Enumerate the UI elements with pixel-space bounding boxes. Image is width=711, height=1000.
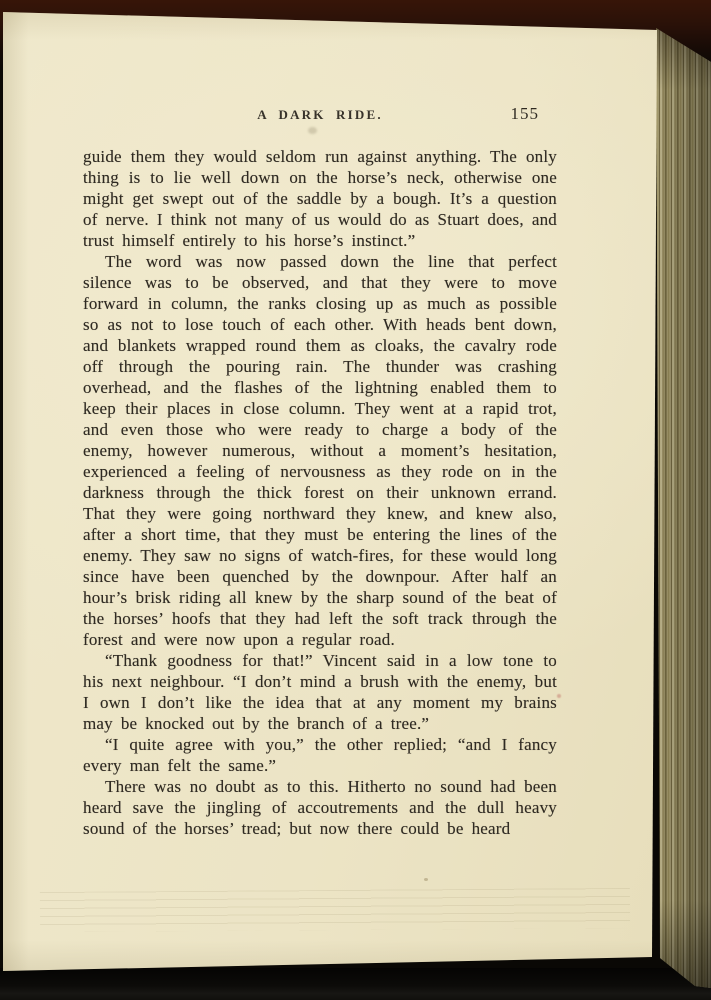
body-text: guide them they would seldom run against…: [83, 146, 557, 839]
running-header: A DARK RIDE.: [83, 107, 557, 123]
page-number: 155: [511, 104, 540, 124]
paragraph: guide them they would seldom run against…: [83, 146, 557, 251]
paragraph: There was no doubt as to this. Hitherto …: [83, 776, 557, 839]
book-cover-bottom-edge: [0, 968, 711, 1000]
book-scan: A DARK RIDE. 155 guide them they would s…: [0, 0, 711, 1000]
page-header: A DARK RIDE. 155: [83, 107, 557, 125]
paragraph: The word was now passed down the line th…: [83, 251, 557, 650]
paragraph: “Thank goodness for that!” Vincent said …: [83, 650, 557, 734]
paragraph: “I quite agree with you,” the other repl…: [83, 734, 557, 776]
printed-text-block: A DARK RIDE. 155 guide them they would s…: [83, 107, 557, 839]
